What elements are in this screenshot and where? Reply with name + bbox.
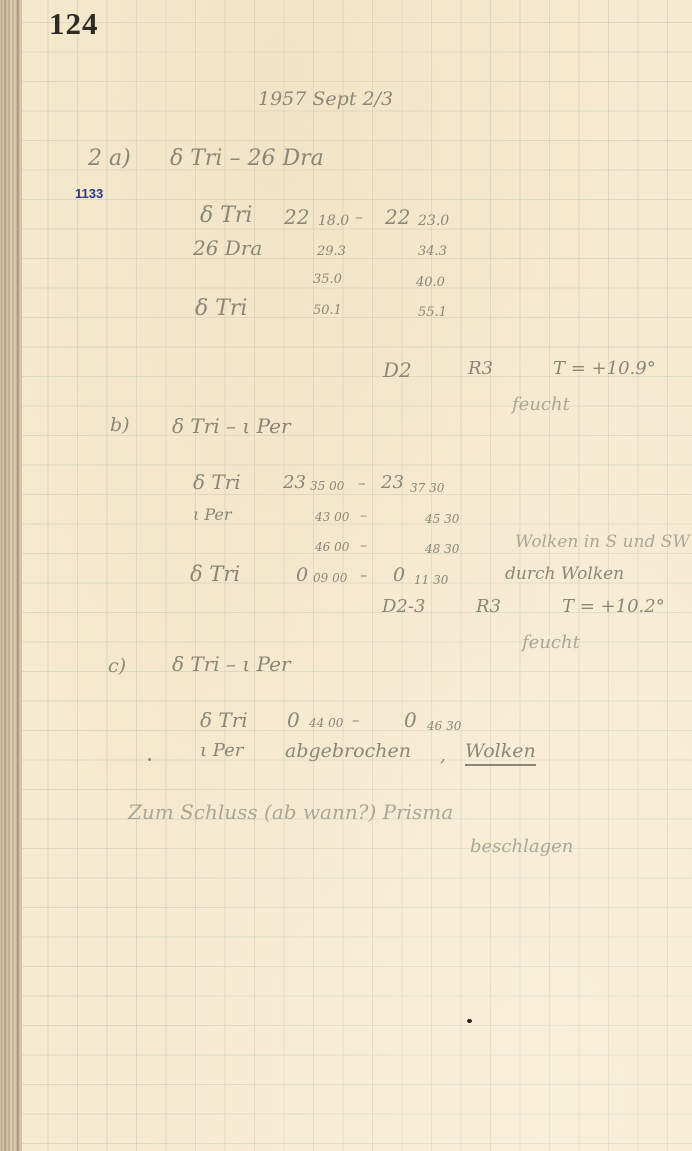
seeing-r: R3 [468, 358, 493, 379]
start-min-sec: 35 00 [310, 479, 344, 493]
end-minute: 55.1 [418, 305, 447, 320]
humidity-remark: feucht [512, 394, 570, 415]
section-a-title: δ Tri – 26 Dra [170, 146, 324, 171]
star-name: δ Tri [193, 470, 241, 494]
section-a-label: 2 a) [88, 146, 131, 171]
footer-note-line-1: Zum Schluss (ab wann?) Prisma [128, 800, 453, 824]
dash: – [352, 711, 360, 729]
star-name: δ Tri [200, 708, 248, 732]
star-name: 26 Dra [193, 236, 262, 260]
seeing-d: D2 [383, 358, 412, 382]
start-min-sec: 44 00 [309, 716, 343, 730]
star-name: δ Tri [190, 562, 240, 586]
start-min-sec: 43 00 [315, 510, 349, 524]
start-minute: 29.3 [317, 244, 346, 259]
end-minute: 23.0 [418, 213, 449, 229]
dash: – [360, 538, 367, 554]
section-b-title: δ Tri – ι Per [172, 414, 291, 438]
temperature: T = +10.2° [562, 596, 665, 617]
end-minute: 34.3 [418, 244, 447, 259]
separator: , [440, 744, 446, 766]
page-binding-edge [0, 0, 22, 1151]
star-name: δ Tri [200, 203, 252, 228]
footer-note-line-2: beschlagen [470, 836, 573, 857]
start-hour: 23 [283, 472, 306, 493]
end-minute: 40.0 [416, 275, 445, 290]
dash: – [355, 207, 363, 226]
start-hour: 0 [287, 708, 300, 732]
start-min-sec: 09 00 [313, 571, 347, 585]
ink-blot [467, 1019, 472, 1023]
dash: – [360, 508, 367, 524]
status-text: abgebrochen [285, 740, 411, 762]
star-name: δ Tri [195, 296, 247, 321]
dash: – [358, 474, 366, 492]
margin-ink-note: 1133 [75, 186, 103, 201]
date-heading: 1957 Sept 2/3 [258, 88, 393, 110]
humidity-remark: feucht [522, 632, 580, 653]
section-c-title: δ Tri – ι Per [172, 652, 291, 676]
start-hour: 0 [296, 564, 308, 586]
star-name: ι Per [193, 505, 232, 524]
end-min-sec: 11 30 [414, 573, 448, 587]
section-b-label: b) [110, 414, 130, 436]
end-min-sec: 48 30 [425, 542, 459, 556]
end-hour: 22 [385, 205, 410, 229]
end-min-sec: 45 30 [425, 512, 459, 526]
temperature: T = +10.9° [553, 358, 656, 379]
start-minute: 18.0 [318, 213, 349, 229]
star-name: ι Per [200, 740, 243, 761]
start-minute: 35.0 [313, 272, 342, 287]
start-minute: 50.1 [313, 303, 342, 318]
end-min-sec: 46 30 [427, 719, 461, 733]
start-min-sec: 46 00 [315, 540, 349, 554]
underlined-word: Wolken [465, 740, 536, 766]
end-min-sec: 37 30 [410, 481, 444, 495]
pencil-dot [148, 758, 151, 761]
start-hour: 22 [284, 205, 309, 229]
section-c-label: c) [108, 655, 126, 677]
seeing-r: R3 [476, 596, 501, 617]
page-number: 124 [49, 6, 99, 42]
row-note: durch Wolken [505, 564, 624, 584]
dash: – [360, 566, 368, 584]
end-hour: 23 [381, 472, 404, 493]
row-note: Wolken in S und SW [515, 532, 690, 552]
end-hour: 0 [404, 708, 417, 732]
end-hour: 0 [393, 564, 405, 586]
seeing-d: D2-3 [382, 596, 425, 617]
